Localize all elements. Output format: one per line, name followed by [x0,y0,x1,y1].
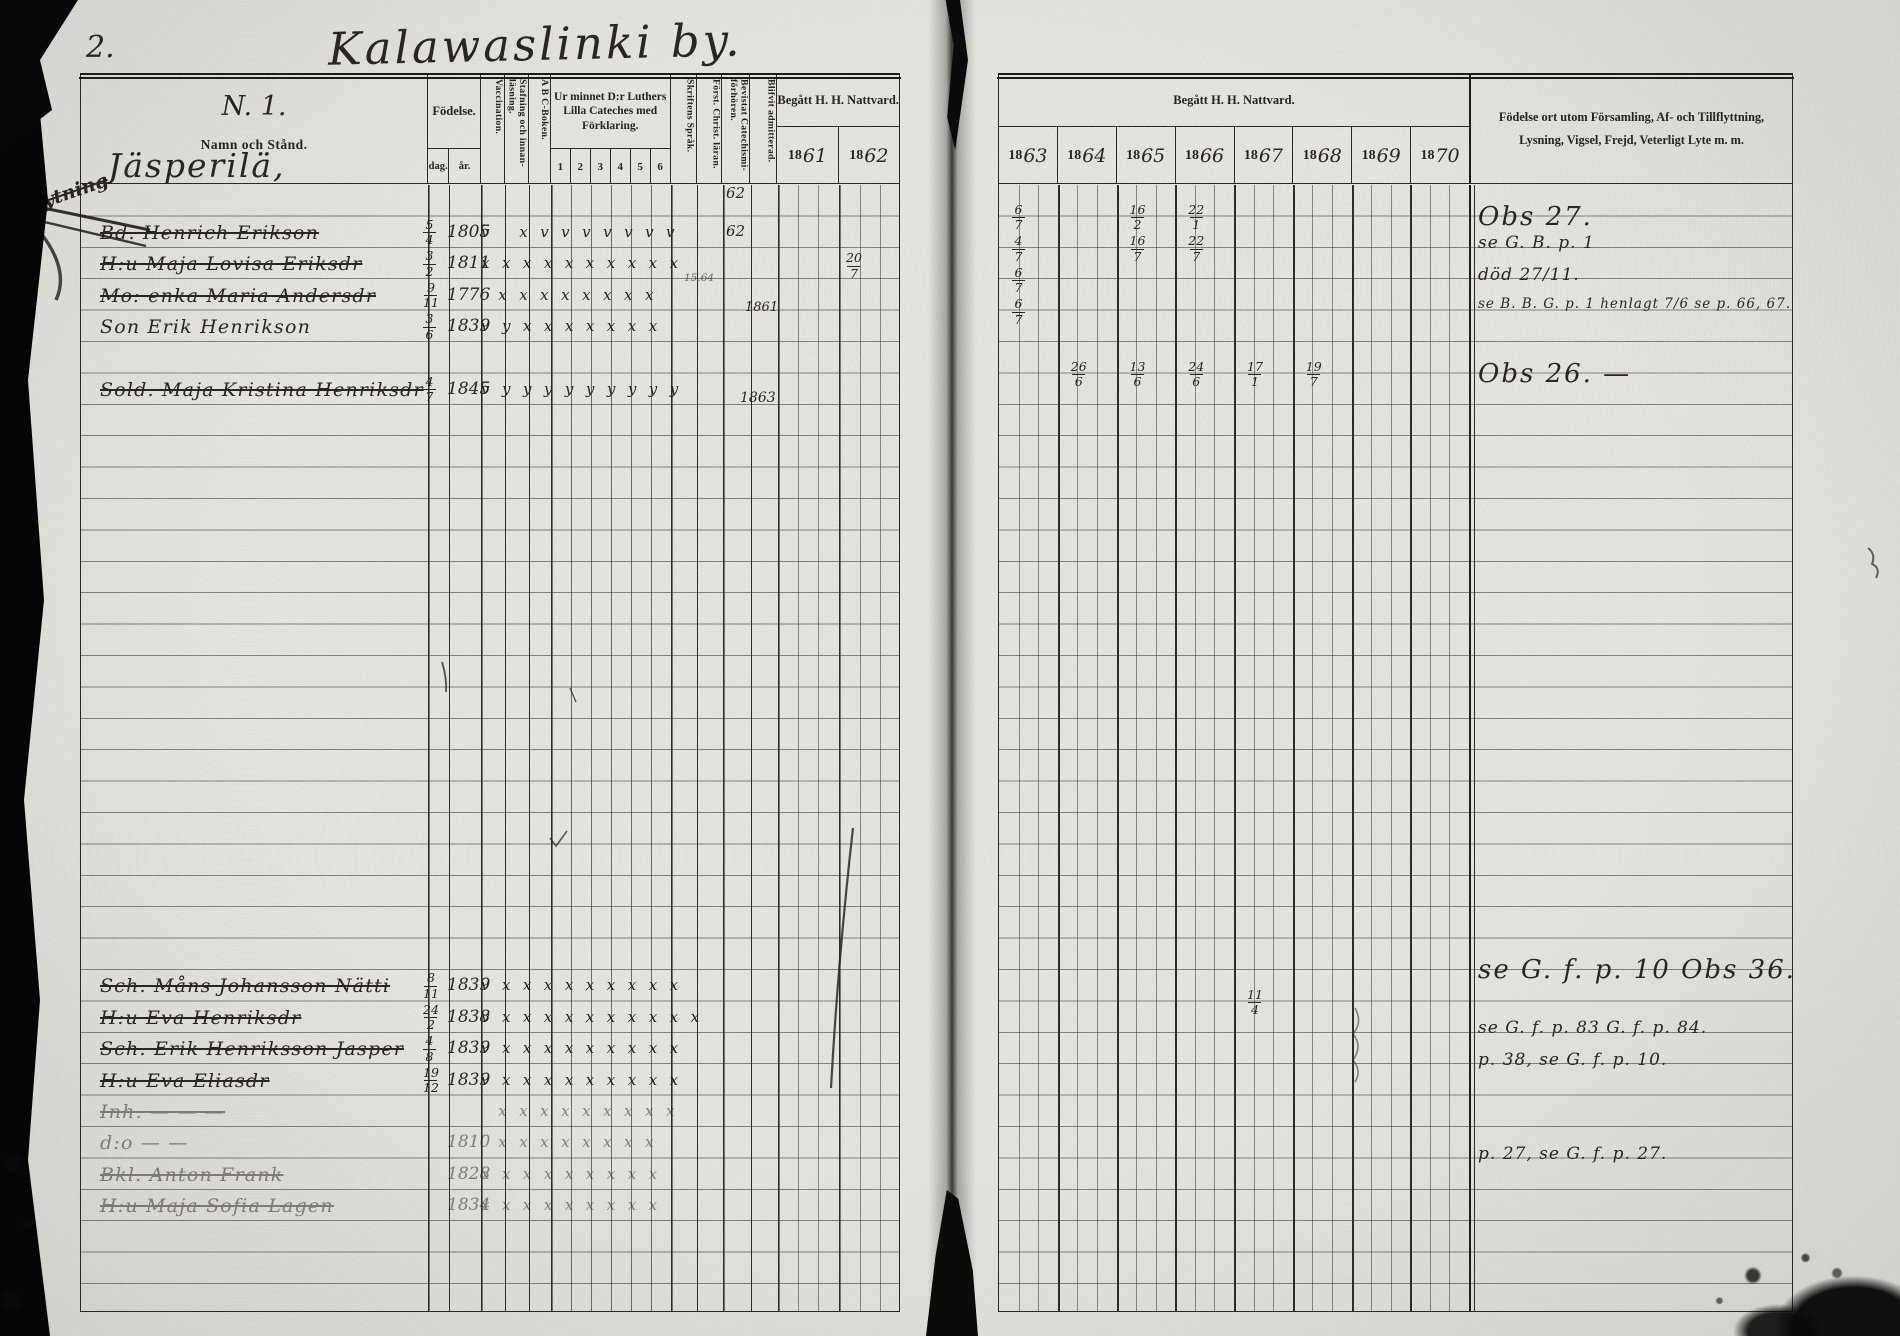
communion-label-left: Begått H. H. Nattvard. [777,75,899,127]
vaccination-column-header: Vaccination. [480,75,504,183]
communion-date-fraction: 47 [1012,235,1025,263]
admitted-column-header: Blifvit admitterad. [749,75,776,183]
attended-examinations-column-header: Bevistat Catechismi-förhören. [721,75,749,183]
person-name: Son Erik Henrikson [100,316,311,338]
examination-marks: vxxxxxxxxx [481,976,691,994]
birth-date-fraction: 1912 [423,1067,439,1095]
year-cell: 1862 [838,127,899,184]
note-entry: se G. f. p. 10 Obs 36. [1478,955,1796,985]
communion-date-fraction: 246 [1188,361,1204,389]
person-name: Bkl. Anton Frank [100,1164,283,1186]
right-table-grid [999,185,1792,1311]
attended-mark-1: 62 [726,184,745,202]
examination-marks: vxxxxxxxxx [481,1039,691,1057]
person-name: Inh. — — — [100,1101,225,1123]
register-row: H:u Eva Henriksdr 242 1838 vxxxxxxxxxx [92,1005,904,1035]
attended-mark-2: 62 [726,222,745,240]
communion-date-fraction: 67 [1012,267,1025,295]
birth-date-fraction: 48 [423,1035,436,1063]
scripture-language-column-header: Skriftens Språk. [670,75,696,183]
communion-date-fraction: 162 [1130,204,1146,232]
year-cell: 1867 [1234,127,1293,184]
farm-name-heading: Jäsperilä, [108,146,286,185]
year-cell: 1866 [1175,127,1234,184]
register-row: H:u Maja Lovisa Eriksdr 32 1811 xxxxxxxx… [92,251,904,281]
examination-marks: xxxxxxxx [481,286,666,304]
examination-marks: xxxxxxxx [481,1133,666,1151]
communion-date-fraction: 167 [1130,235,1146,263]
examination-marks: vxxxxxxxxxx [481,1008,712,1026]
communion-years-left: 18611862 [777,127,899,184]
catechism-subcolumn-number: 1 [551,149,570,184]
birth-date-fraction: 54 [423,219,436,247]
understands-christianity-column-header: Först. Christ. läran. [696,75,722,183]
communion-date-fraction: 221 [1188,204,1204,232]
examination-marks: xxxxxxxxxx [481,254,691,272]
note-entry: se B. B. G. p. 1 henlagt 7/6 se p. 66, 6… [1478,296,1791,312]
notes-header-line1: Födelse ort utom Församling, Af- och Til… [1499,111,1764,125]
abc-book-column-header: A B C-Boken. [528,75,550,183]
admitted-year-mark-2: 1863 [740,390,776,406]
birth-date-fraction: 242 [423,1004,439,1032]
person-name: H:u Eva Henriksdr [100,1007,301,1029]
communion-years-right: 18631864186518661867186818691870 [999,127,1469,184]
year-cell: 1870 [1410,127,1469,184]
person-name: Sch. Måns Johansson Nätti [100,975,390,997]
year-cell: 1865 [1116,127,1175,184]
person-name: H:u Eva Eliasdr [100,1070,270,1092]
person-name: Bd. Henrich Erikson [100,222,319,244]
register-row: Mo: enka Maria Andersdr 911 1776 xxxxxxx… [92,283,904,313]
register-row: Bd. Henrich Erikson 54 1805 v xvvvvvvv [92,220,904,250]
communion-date-fraction: 171 [1247,361,1263,389]
catechism-subcolumn-number: 4 [610,149,630,184]
communion-date-fraction: 197 [1306,361,1322,389]
catechism-subcolumns: 123456 [551,149,670,184]
examination-marks: xxxxxxxxx [481,1165,670,1183]
examination-marks: vyxxxxxxx [481,317,670,335]
birth-column-header: Födelse. dag. år. [427,75,480,183]
person-name: H:u Maja Sofia Lagen [100,1195,334,1217]
communion-date-fraction: 136 [1130,361,1146,389]
christianity-mark: 15.64 [684,272,714,284]
examination-marks: vyyyyyyyyy [481,380,691,398]
communion-date-fraction: 227 [1188,235,1204,263]
register-row: H:u Maja Sofia Lagen 1834 xxxxxxxxx [92,1193,904,1223]
register-row: Sch. Erik Henriksson Jasper 48 1839 vxxx… [92,1036,904,1066]
examination-marks: xxxxxxxxx [481,1196,670,1214]
catechism-column-header: Ur minnet D:r Luthers Lilla Cateches med… [550,75,670,183]
birth-date-fraction: 911 [423,282,439,310]
examination-marks: vxxxxxxxxx [481,1071,691,1089]
catechism-subcolumn-number: 2 [570,149,590,184]
book-gutter [928,0,976,1336]
birth-year-label: år. [449,149,480,184]
admitted-year-mark-1: 1861 [745,300,778,315]
note-entry: se G. B. p. 1 [1478,233,1595,253]
year-cell: 1863 [999,127,1057,184]
birth-date-fraction: 811 [423,972,439,1000]
birth-date-fraction: 32 [423,250,436,278]
person-name: Sch. Erik Henriksson Jasper [100,1038,404,1060]
note-entry: p. 27, se G. f. p. 27. [1478,1144,1667,1164]
note-entry: se G. f. p. 83 G. f. p. 84. [1478,1018,1707,1038]
person-name: d:o — — [100,1132,188,1154]
register-row: Son Erik Henrikson 36 1839 vyxxxxxxx [92,314,904,344]
examination-marks: xxxxxxxxx [481,1102,687,1120]
examination-marks: v xvvvvvvv [481,223,687,241]
birth-date-fraction: 47 [423,376,436,404]
communion-date-fraction: 67 [1012,204,1025,232]
catechism-label: Ur minnet D:r Luthers Lilla Cateches med… [551,75,670,149]
birth-day-label: dag. [428,149,449,184]
notes-column-header: Födelse ort utom Församling, Af- och Til… [1469,75,1792,183]
year-cell: 1861 [777,127,837,184]
register-row: d:o — — 1810 xxxxxxxx [92,1130,904,1160]
register-row: H:u Eva Eliasdr 1912 1839 vxxxxxxxxx [92,1068,904,1098]
communion-date-fraction: 114 [1247,989,1263,1017]
person-name: Sold. Maja Kristina Henriksdr [100,379,424,401]
birth-label: Födelse. [428,75,480,149]
register-row: Sch. Måns Johansson Nätti 811 1839 vxxxx… [92,973,904,1003]
note-entry: Obs 27. [1478,202,1593,232]
page-number: 2. [86,30,115,65]
ink-scribble [1868,548,1878,578]
register-row: Sold. Maja Kristina Henriksdr 47 1845 vy… [92,377,904,407]
communion-date-fraction: 266 [1071,361,1087,389]
catechism-subcolumn-number: 6 [650,149,670,184]
gutter-shadow-top [936,0,968,150]
communion-column-header-right: Begått H. H. Nattvard. 18631864186518661… [999,75,1469,183]
communion-date-fraction: 67 [1012,298,1025,326]
year-cell: 1868 [1292,127,1351,184]
register-row: Inh. — — — xxxxxxxxx [92,1099,904,1129]
communion-column-header-left: Begått H. H. Nattvard. 18611862 [776,75,899,183]
household-number: N. 1. [81,91,427,122]
right-page-table: Begått H. H. Nattvard. 18631864186518661… [998,73,1793,1312]
catechism-subcolumn-number: 5 [630,149,650,184]
gutter-shadow-bottom [926,1190,978,1336]
person-name: H:u Maja Lovisa Eriksdr [100,253,362,275]
register-row: Bkl. Anton Frank 1828 xxxxxxxxx [92,1162,904,1192]
communion-label-right: Begått H. H. Nattvard. [999,75,1469,127]
spelling-reading-column-header: Stafning och innan-läsning. [504,75,528,183]
communion-1862-date: 207 [846,252,862,280]
note-entry: död 27/11. [1478,265,1580,285]
year-cell: 1869 [1351,127,1410,184]
birth-date-fraction: 36 [423,313,436,341]
catechism-subcolumn-number: 3 [590,149,610,184]
note-entry: p. 38, se G. f. p. 10. [1478,1050,1667,1070]
scanned-parish-register: 2. Kalawaslinki by. N. 1. Namn och Stånd… [0,0,1900,1336]
person-name: Mo: enka Maria Andersdr [100,285,376,307]
right-table-header: Begått H. H. Nattvard. 18631864186518661… [999,75,1792,184]
year-cell: 1864 [1057,127,1116,184]
notes-header-line2: Lysning, Vigsel, Frejd, Veterligt Lyte m… [1519,134,1744,148]
village-title: Kalawaslinki by. [327,13,743,75]
note-entry: Obs 26. — [1478,359,1631,389]
